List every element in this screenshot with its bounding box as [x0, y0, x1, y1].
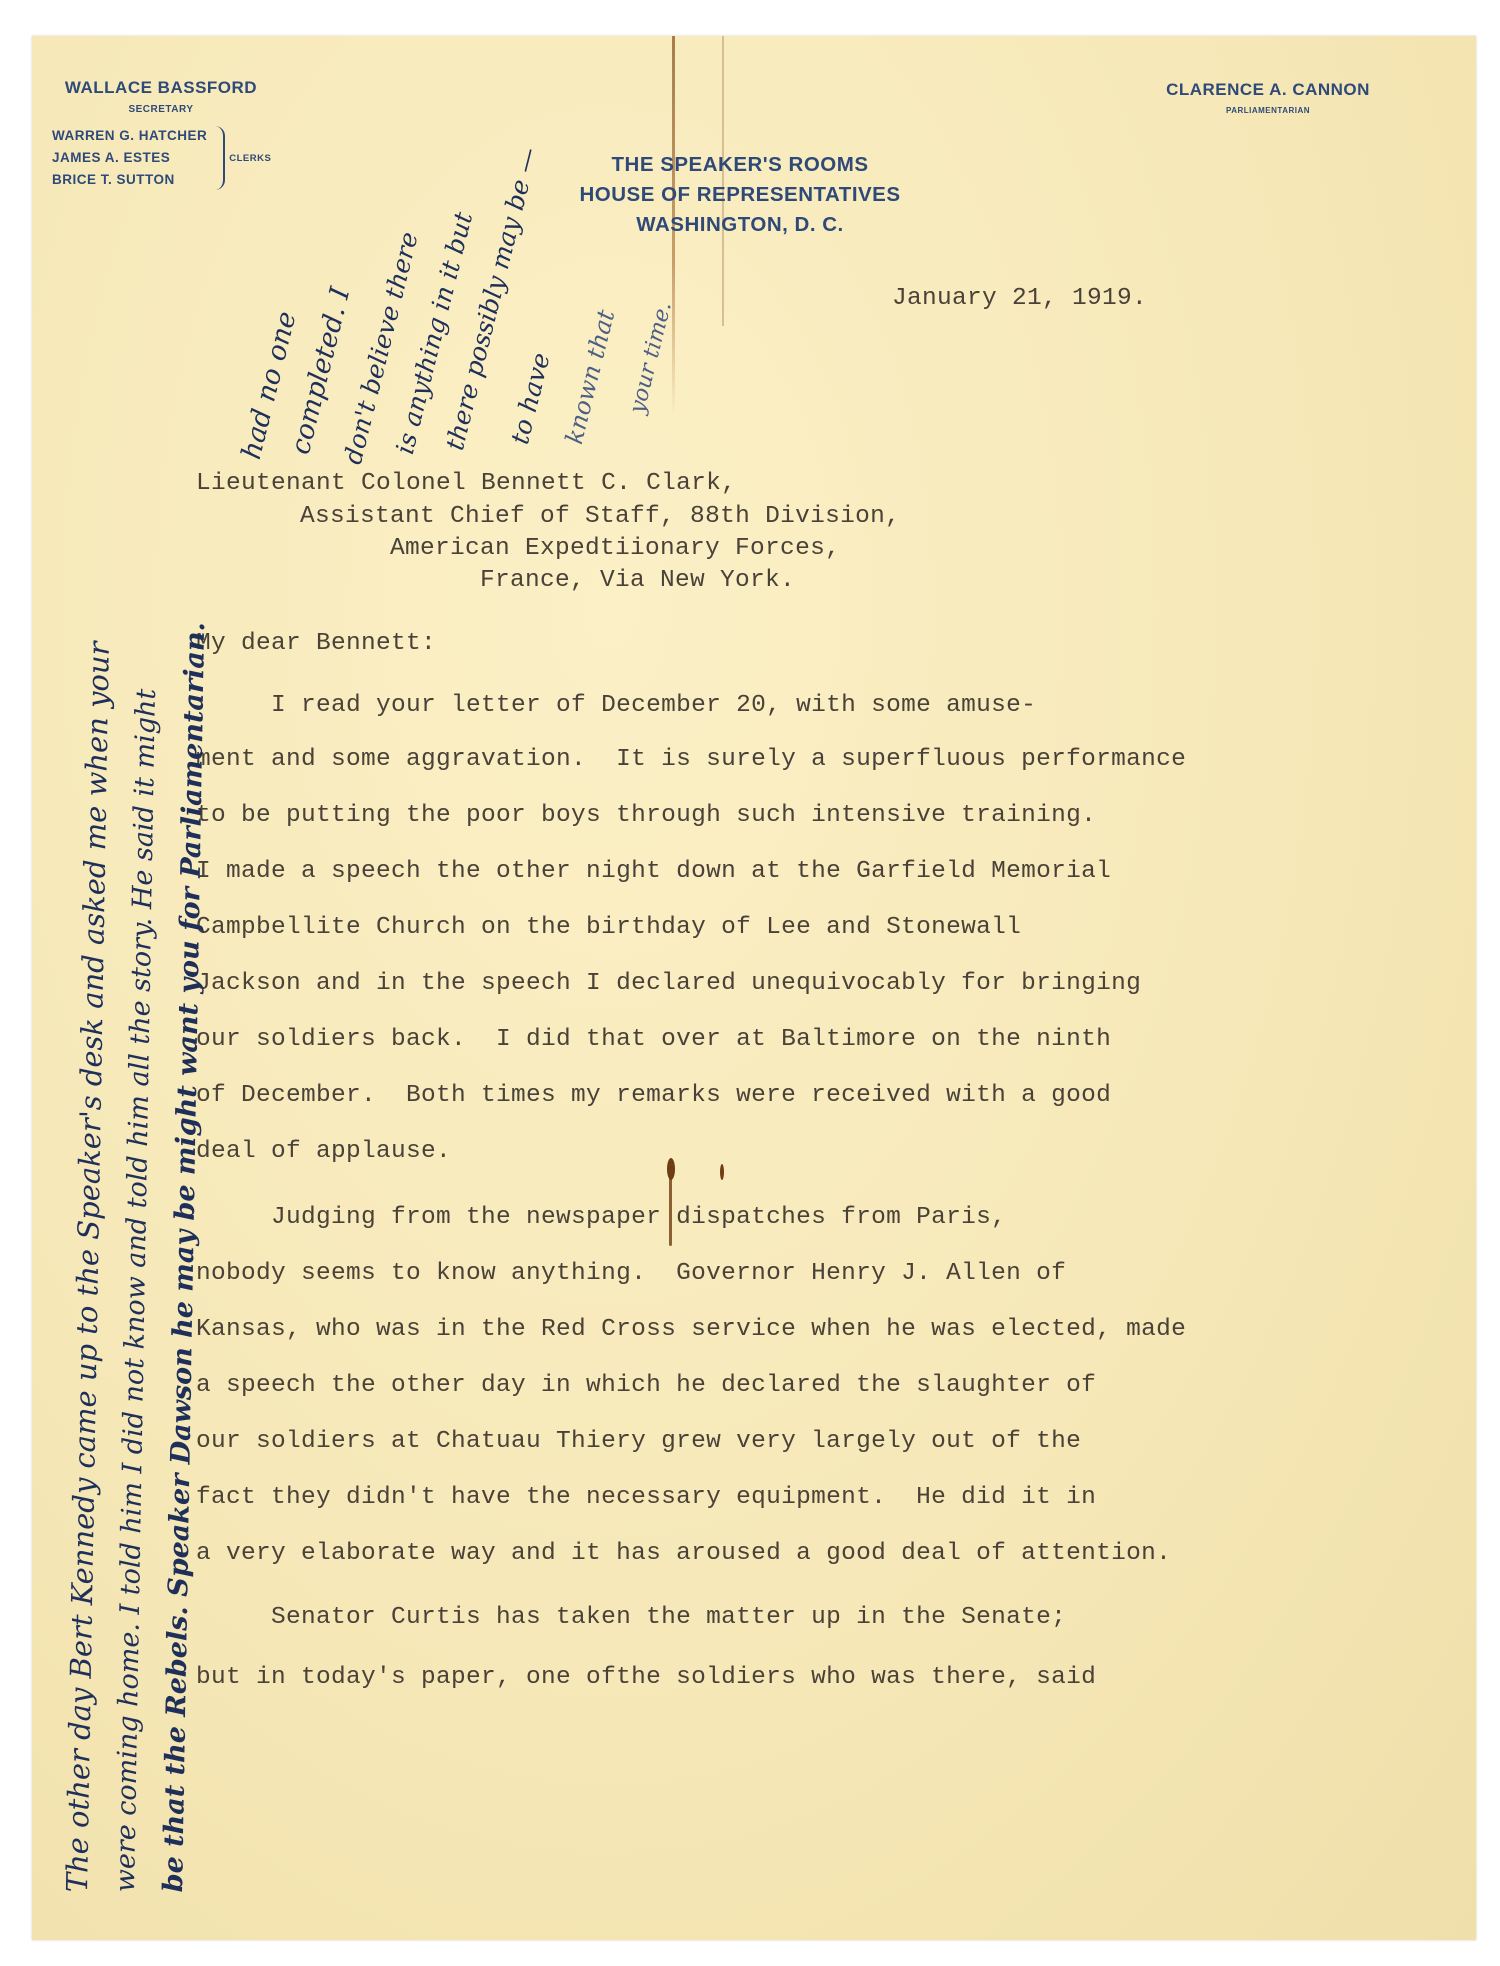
- address-line: Lieutenant Colonel Bennett C. Clark,: [196, 470, 736, 497]
- body-line: fact they didn't have the necessary equi…: [196, 1484, 1096, 1511]
- body-line: ment and some aggravation. It is surely …: [196, 746, 1186, 773]
- parliamentarian-name: CLARENCE A. CANNON: [1148, 80, 1388, 100]
- body-line: a very elaborate way and it has aroused …: [196, 1540, 1171, 1567]
- ink-stain: [720, 1164, 724, 1180]
- letterhead-line: HOUSE OF REPRESENTATIVES: [500, 180, 980, 210]
- body-line: our soldiers at Chatuau Thiery grew very…: [196, 1428, 1081, 1455]
- clerk-name: JAMES A. ESTES: [52, 147, 207, 169]
- address-line: American Expedtiionary Forces,: [390, 535, 840, 562]
- clerk-name: BRICE T. SUTTON: [52, 169, 207, 191]
- salutation: My dear Bennett:: [196, 630, 436, 657]
- body-line: I read your letter of December 20, with …: [196, 692, 1036, 719]
- letter-date: January 21, 1919.: [892, 285, 1147, 312]
- clerks-label: CLERKS: [229, 153, 271, 164]
- secretary-title: SECRETARY: [52, 104, 270, 115]
- brace-icon: [213, 126, 225, 190]
- body-line: to be putting the poor boys through such…: [196, 802, 1096, 829]
- body-line: of December. Both times my remarks were …: [196, 1082, 1111, 1109]
- letterhead-line: WASHINGTON, D. C.: [500, 210, 980, 240]
- address-line: Assistant Chief of Staff, 88th Division,: [300, 503, 900, 530]
- body-line: deal of applause.: [196, 1138, 451, 1165]
- clerks-block: WARREN G. HATCHER JAMES A. ESTES BRICE T…: [52, 125, 312, 191]
- body-line: Jackson and in the speech I declared une…: [196, 970, 1141, 997]
- body-line: a speech the other day in which he decla…: [196, 1372, 1096, 1399]
- clerk-list: WARREN G. HATCHER JAMES A. ESTES BRICE T…: [52, 125, 207, 191]
- letterhead-center: THE SPEAKER'S ROOMS HOUSE OF REPRESENTAT…: [500, 150, 980, 240]
- body-line: I made a speech the other night down at …: [196, 858, 1111, 885]
- letterhead-right: CLARENCE A. CANNON PARLIAMENTARIAN: [1148, 80, 1388, 115]
- body-line: but in today's paper, one ofthe soldiers…: [196, 1664, 1096, 1691]
- body-line: Judging from the newspaper dispatches fr…: [196, 1204, 1006, 1231]
- letterhead-left: WALLACE BASSFORD SECRETARY WARREN G. HAT…: [52, 78, 312, 191]
- parliamentarian-title: PARLIAMENTARIAN: [1148, 106, 1388, 115]
- secretary-name: WALLACE BASSFORD: [52, 78, 270, 98]
- clerk-name: WARREN G. HATCHER: [52, 125, 207, 147]
- body-line: nobody seems to know anything. Governor …: [196, 1260, 1066, 1287]
- body-line: Kansas, who was in the Red Cross service…: [196, 1316, 1186, 1343]
- body-line: our soldiers back. I did that over at Ba…: [196, 1026, 1111, 1053]
- address-line: France, Via New York.: [480, 567, 795, 594]
- body-line: Campbellite Church on the birthday of Le…: [196, 914, 1021, 941]
- body-line: Senator Curtis has taken the matter up i…: [196, 1604, 1066, 1631]
- letterhead-line: THE SPEAKER'S ROOMS: [500, 150, 980, 180]
